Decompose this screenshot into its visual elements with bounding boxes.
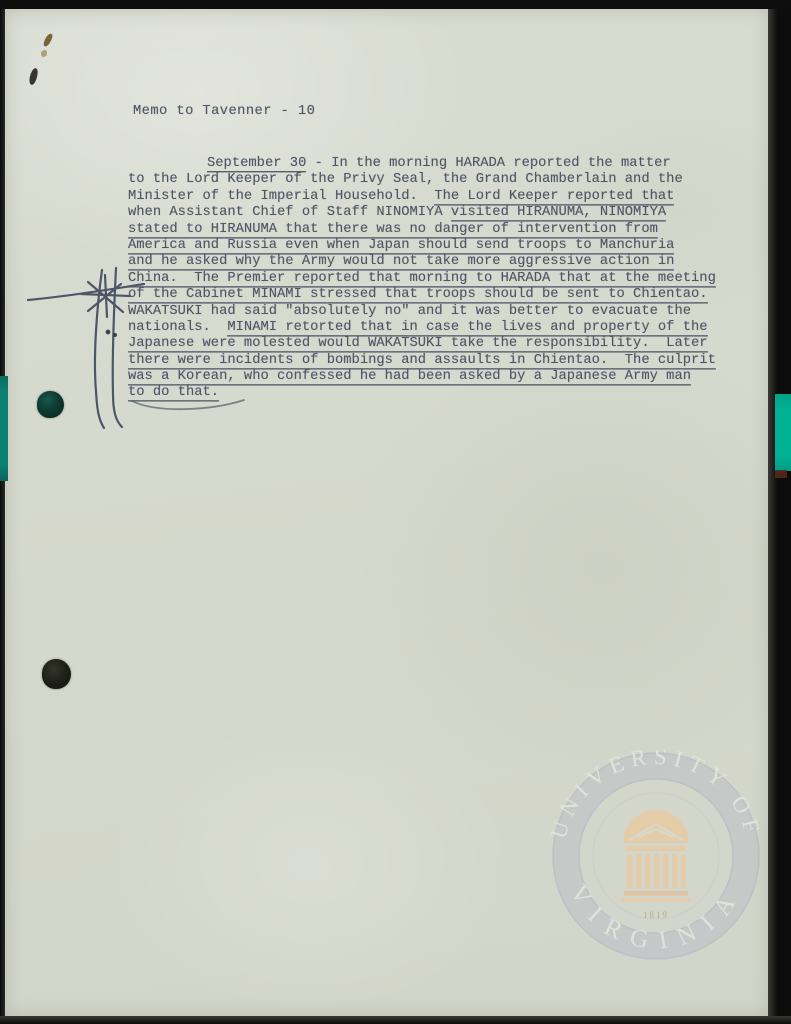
scan-edge-right [768, 0, 791, 1024]
memo-line: WAKATSUKI had said "absolutely no" and i… [128, 304, 728, 320]
memo-line: there were incidents of bombings and ass… [128, 353, 728, 369]
memo-line: stated to HIRANUMA that there was no dan… [128, 222, 728, 238]
teal-edge-strip-left [0, 376, 8, 481]
text-segment: The Lord Keeper reported that [434, 189, 674, 204]
text-segment: to the Lord Keeper of the Privy Seal, th… [128, 172, 683, 187]
seal-year: 1819 [643, 910, 669, 920]
memo-line: was a Korean, who confessed he had been … [128, 369, 728, 385]
text-segment: and he asked why the Army would not take… [128, 254, 674, 269]
university-of-virginia-watermark: UNIVERSITY OF VIRGINIA 1819 [550, 750, 762, 962]
text-segment: America and Russia even when Japan shoul… [128, 238, 674, 253]
memo-line: nationals. MINAMI retorted that in case … [128, 320, 728, 336]
text-segment: China. The Premier reported that morning… [128, 271, 716, 286]
memo-line: September 30 - In the morning HARADA rep… [128, 156, 728, 172]
text-segment: nationals. [128, 320, 227, 335]
flourish-underline [128, 398, 250, 416]
memo-line: to the Lord Keeper of the Privy Seal, th… [128, 172, 728, 188]
memo-line: Minister of the Imperial Household. The … [128, 189, 728, 205]
text-segment: visited HIRANUMA, NINOMIYA [451, 205, 666, 220]
text-segment: there were incidents of bombings and ass… [128, 353, 716, 368]
memo-line: and he asked why the Army would not take… [128, 254, 728, 270]
teal-edge-strip-right [775, 394, 791, 471]
punch-hole-bottom [42, 659, 71, 689]
memo-line: of the Cabinet MINAMI stressed that troo… [128, 287, 728, 303]
text-segment: - In the morning HARADA reported the mat… [306, 156, 670, 171]
memo-line: America and Russia even when Japan shoul… [128, 238, 728, 254]
text-segment: was a Korean, who confessed he had been … [128, 369, 691, 384]
memo-line: Japanese were molested would WAKATSUKI t… [128, 336, 728, 352]
memo-paragraph: September 30 - In the morning HARADA rep… [128, 156, 728, 402]
text-segment: September 30 [207, 156, 306, 171]
text-segment: stated to HIRANUMA that there was no dan… [128, 222, 658, 237]
scan-edge-bottom [0, 1016, 791, 1024]
text-segment: MINAMI retorted that in case the lives a… [227, 320, 707, 335]
scanned-memo-page: Memo to Tavenner - 10 September 30 - In … [0, 0, 791, 1024]
text-segment: Minister of the Imperial Household. [128, 189, 434, 204]
memo-line: China. The Premier reported that morning… [128, 271, 728, 287]
red-edge-sliver [775, 470, 787, 478]
memo-header: Memo to Tavenner - 10 [133, 104, 315, 119]
rotunda-icon [621, 810, 691, 902]
scan-edge-top [0, 0, 791, 9]
text-segment: when Assistant Chief of Staff NINOMIYA [128, 205, 451, 220]
memo-line: when Assistant Chief of Staff NINOMIYA v… [128, 205, 728, 221]
text-segment: WAKATSUKI had said "absolutely no" and i… [128, 304, 691, 319]
text-segment: of the Cabinet MINAMI stressed that troo… [128, 287, 708, 302]
text-segment: Japanese were molested would WAKATSUKI t… [128, 336, 708, 351]
scan-edge-left [0, 0, 5, 1024]
